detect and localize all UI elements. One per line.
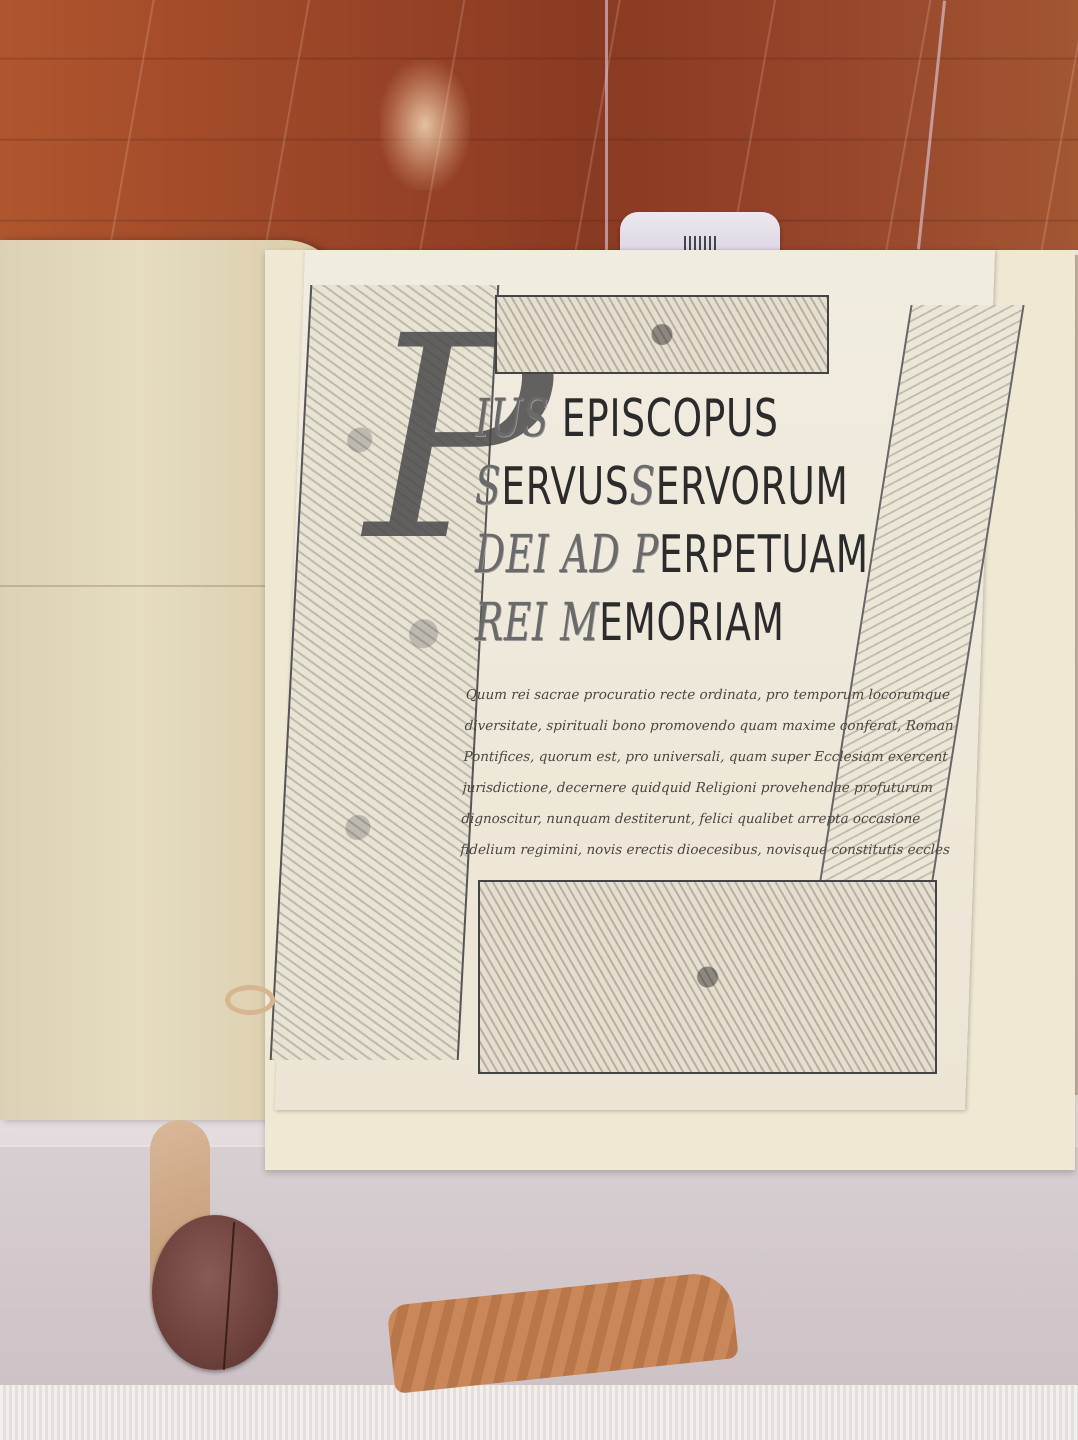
title-line-4: REI MEMORIAM (475, 589, 777, 657)
decorated-letters: DEI AD (475, 525, 620, 585)
bottom-ornament-panel (478, 880, 937, 1074)
decorated-letters: P (633, 525, 659, 585)
glass-case-edge (605, 0, 608, 250)
light-reflection (380, 60, 470, 190)
decorated-letters: M (560, 593, 599, 653)
title-word: ERVORUM (656, 457, 849, 517)
document-body-text: Quum rei sacrae procuratio recte ordinat… (460, 680, 956, 866)
title-line-1: IUS EPISCOPUS (475, 385, 777, 453)
body-line: dignoscitur, nunquam destiterunt, felici… (461, 804, 952, 835)
decorated-letters: REI (475, 593, 547, 653)
body-line: Pontifices, quorum est, pro universali, … (463, 742, 954, 773)
decorated-letters: S (629, 457, 655, 517)
title-line-2: SERVUSSERVORUM (475, 453, 777, 521)
body-line: Quum rei sacrae procuratio recte ordinat… (465, 680, 956, 711)
top-ornament-panel (495, 295, 829, 374)
body-line: jurisdictione, decernere quidquid Religi… (462, 773, 953, 804)
title-word: ERVUS (501, 457, 629, 517)
title-word: ERPETUAM (659, 525, 869, 585)
decorated-letters: S (475, 457, 501, 517)
body-line: fidelium regimini, novis erectis dioeces… (460, 835, 951, 866)
wax-seal (152, 1215, 278, 1370)
title-line-3: DEI AD PERPETUAM (475, 521, 777, 589)
title-word: EMORIAM (599, 593, 784, 653)
page-fold-line (0, 585, 310, 587)
binding-string-loop (225, 985, 275, 1015)
document-title: IUS EPISCOPUS SERVUSSERVORUM DEI AD PERP… (475, 385, 895, 657)
white-felt-lining (0, 1385, 1078, 1440)
decorated-letters: IUS (475, 389, 549, 449)
body-line: diversitate, spirituali bono promovendo … (464, 711, 955, 742)
title-word: EPISCOPUS (562, 389, 779, 449)
